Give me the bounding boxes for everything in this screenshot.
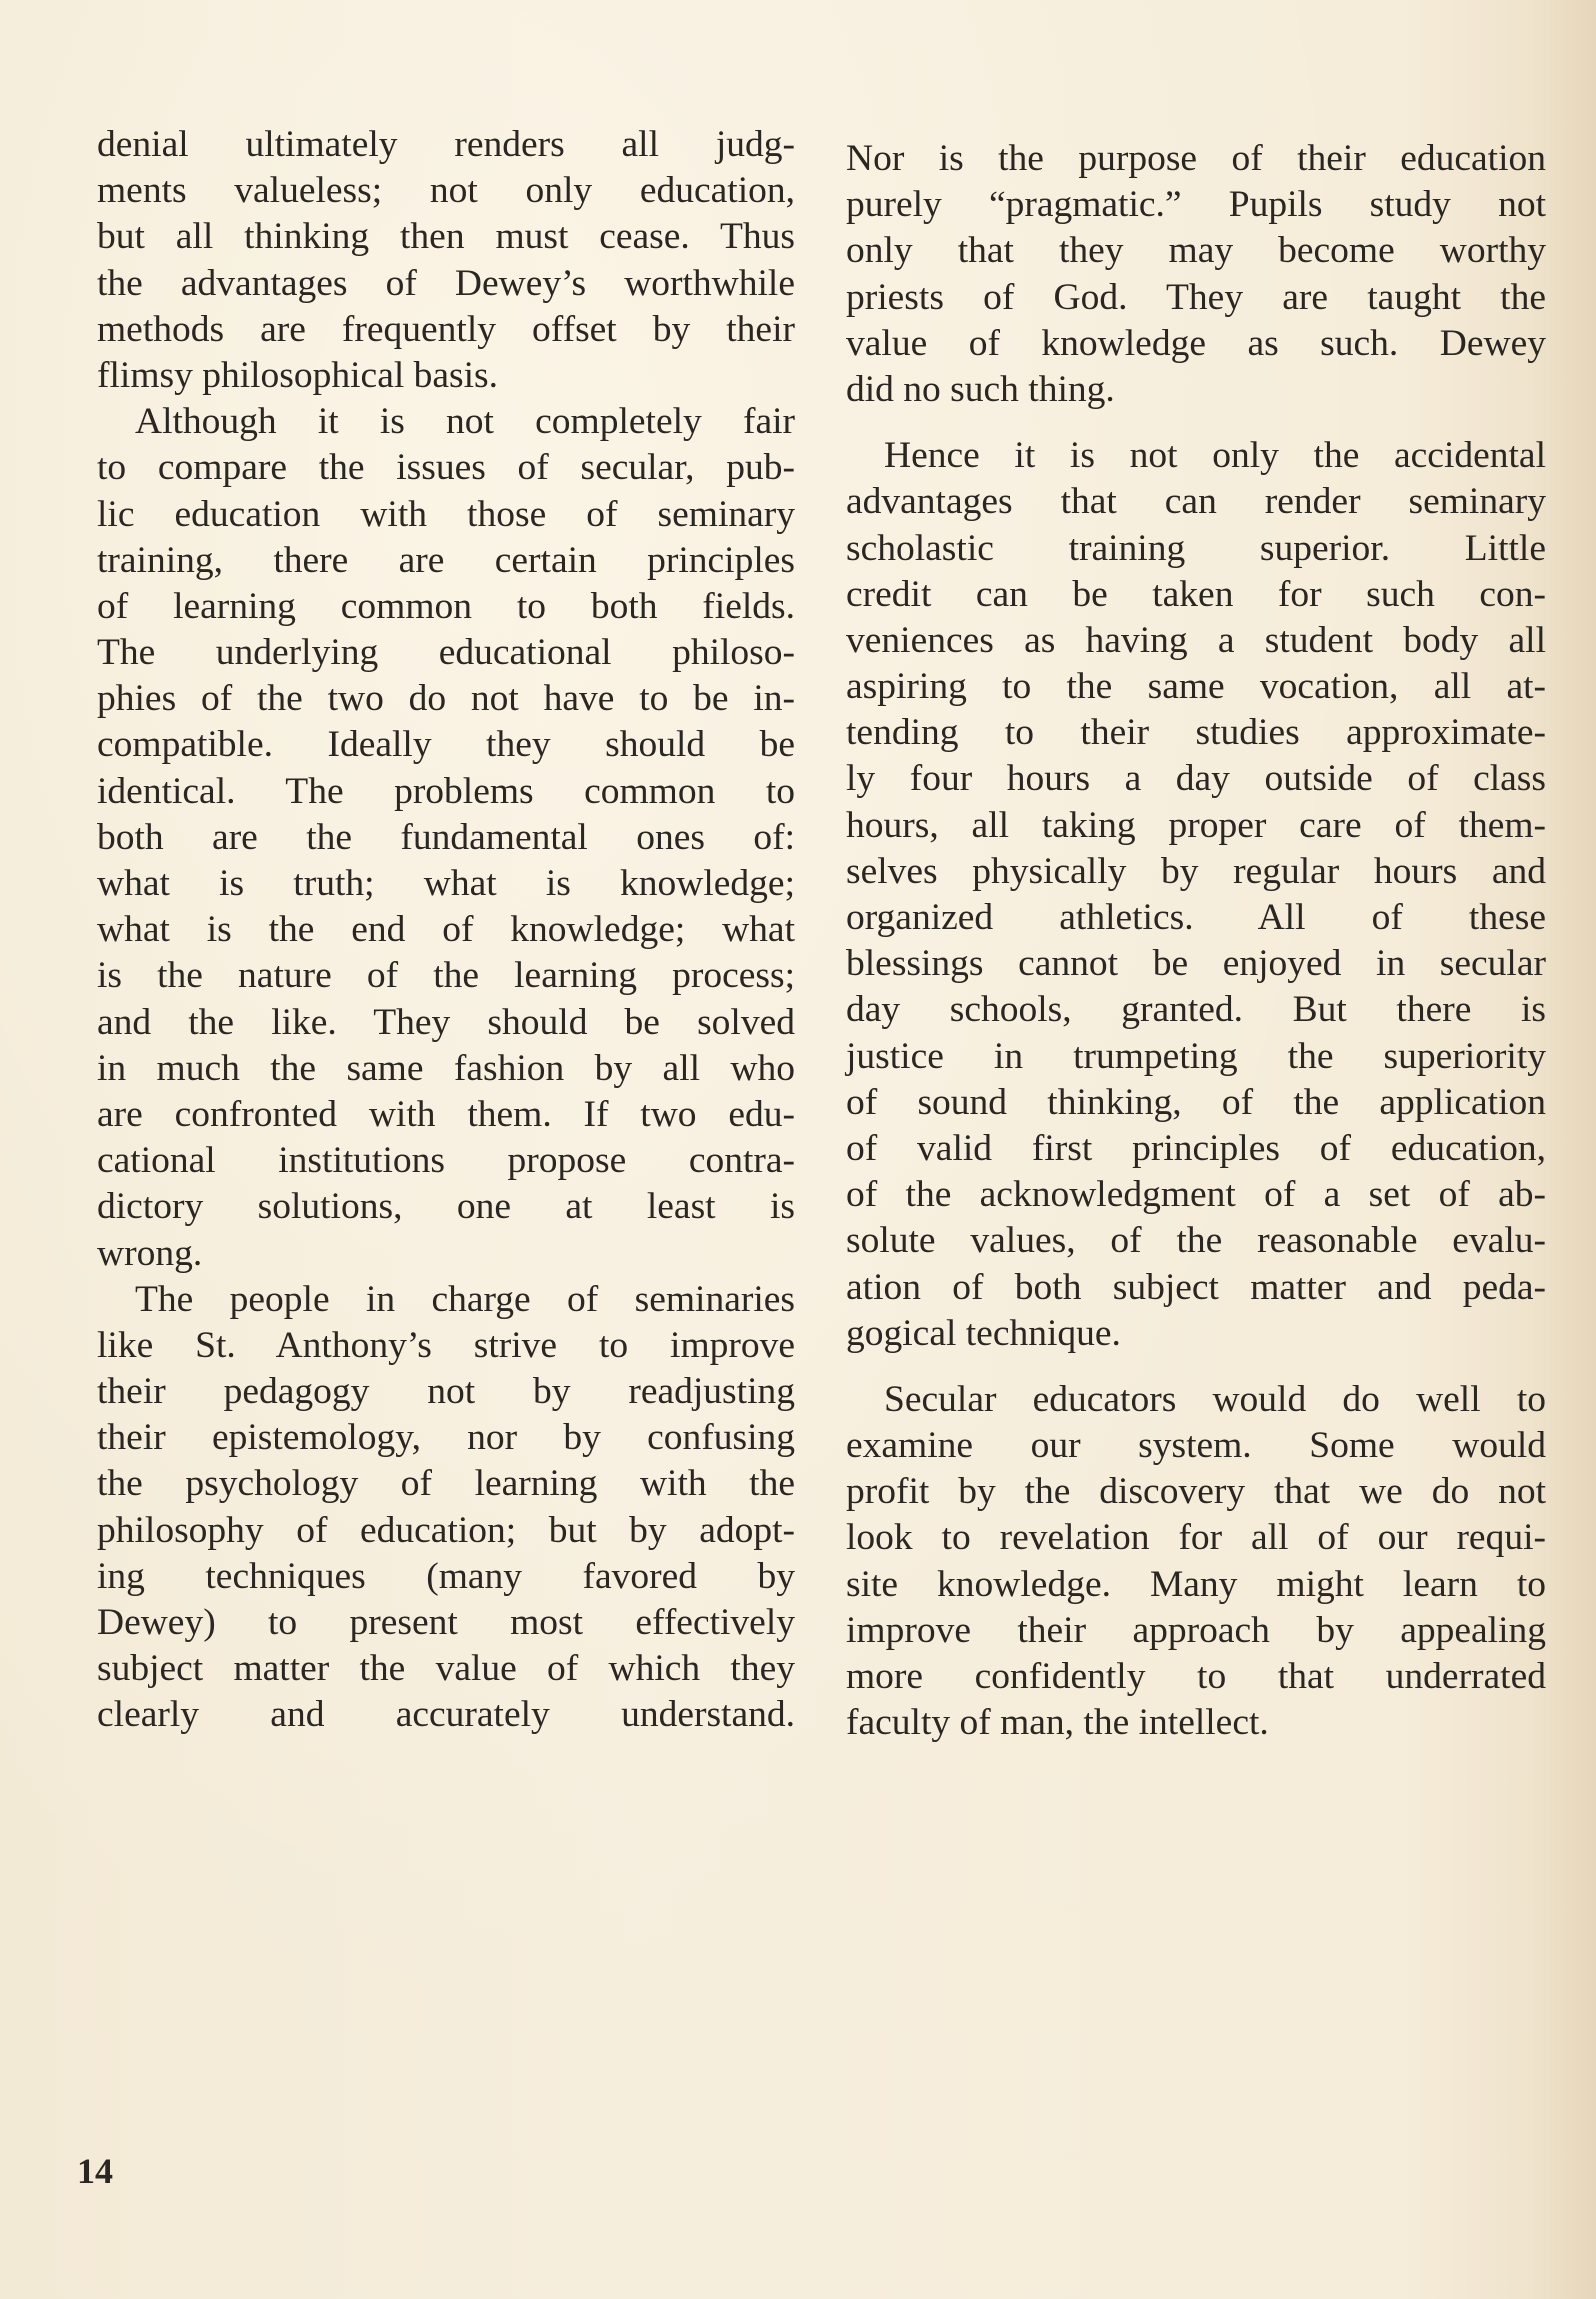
- text-line: the advantages of Dewey’s worthwhile: [97, 261, 795, 307]
- text-line: ation of both subject matter and peda-: [846, 1265, 1546, 1311]
- text-line: value of knowledge as such. Dewey: [846, 321, 1546, 367]
- text-line: Secular educators would do well to: [846, 1377, 1546, 1423]
- text-line: gogical technique.: [846, 1311, 1546, 1357]
- text-line: blessings cannot be enjoyed in secular: [846, 941, 1546, 987]
- text-line: are confronted with them. If two edu-: [97, 1092, 795, 1138]
- paragraph-spacer: [846, 413, 1546, 433]
- text-line: did no such thing.: [846, 367, 1546, 413]
- text-line: dictory solutions, one at least is: [97, 1184, 795, 1230]
- text-line: in much the same fashion by all who: [97, 1046, 795, 1092]
- text-line: profit by the discovery that we do not: [846, 1469, 1546, 1515]
- text-line: advantages that can render seminary: [846, 479, 1546, 525]
- text-line: look to revelation for all of our requi-: [846, 1515, 1546, 1561]
- text-line: tending to their studies approximate-: [846, 710, 1546, 756]
- text-line: what is truth; what is knowledge;: [97, 861, 795, 907]
- text-line: wrong.: [97, 1231, 795, 1277]
- text-line: compatible. Ideally they should be: [97, 722, 795, 768]
- paragraph-seminary-pedagogy: The people in charge of seminaries like …: [97, 1277, 795, 1739]
- text-line: justice in trumpeting the superiority: [846, 1034, 1546, 1080]
- text-line: examine our system. Some would: [846, 1423, 1546, 1469]
- book-page: denial ultimately renders all judg- ment…: [0, 0, 1596, 2299]
- text-line: clearly and accurately understand.: [97, 1692, 795, 1738]
- text-line: hours, all taking proper care of them-: [846, 803, 1546, 849]
- paragraph-accidental-advantages: Hence it is not only the accidental adva…: [846, 433, 1546, 1357]
- text-line: denial ultimately renders all judg-: [97, 122, 795, 168]
- text-line: veniences as having a student body all: [846, 618, 1546, 664]
- text-line: Dewey) to present most effectively: [97, 1600, 795, 1646]
- text-line: training, there are certain principles: [97, 538, 795, 584]
- text-line: to compare the issues of secular, pub-: [97, 445, 795, 491]
- text-line: day schools, granted. But there is: [846, 987, 1546, 1033]
- text-line: their epistemology, nor by confusing: [97, 1415, 795, 1461]
- text-line: more confidently to that underrated: [846, 1654, 1546, 1700]
- text-line: aspiring to the same vocation, all at-: [846, 664, 1546, 710]
- page-number: 14: [77, 2150, 113, 2192]
- text-line: scholastic training superior. Little: [846, 526, 1546, 572]
- text-line: subject matter the value of which they: [97, 1646, 795, 1692]
- paragraph-secular-educators: Secular educators would do well to exami…: [846, 1377, 1546, 1747]
- text-line: ing techniques (many favored by: [97, 1554, 795, 1600]
- text-line: like St. Anthony’s strive to improve: [97, 1323, 795, 1369]
- text-line: philosophy of education; but by adopt-: [97, 1508, 795, 1554]
- text-line: organized athletics. All of these: [846, 895, 1546, 941]
- text-line: Hence it is not only the accidental: [846, 433, 1546, 479]
- text-line: of sound thinking, of the application: [846, 1080, 1546, 1126]
- paragraph-dewey-critique: denial ultimately renders all judg- ment…: [97, 122, 795, 399]
- right-column: Nor is the purpose of their education pu…: [846, 136, 1546, 1746]
- text-line: ments valueless; not only education,: [97, 168, 795, 214]
- text-line: The people in charge of seminaries: [97, 1277, 795, 1323]
- text-line: flimsy philosophical basis.: [97, 353, 795, 399]
- paragraph-secular-vs-seminary: Although it is not completely fair to co…: [97, 399, 795, 1277]
- text-line: lic education with those of seminary: [97, 492, 795, 538]
- text-line: is the nature of the learning process;: [97, 953, 795, 999]
- text-line: of learning common to both fields.: [97, 584, 795, 630]
- text-line: phies of the two do not have to be in-: [97, 676, 795, 722]
- text-line: improve their approach by appealing: [846, 1608, 1546, 1654]
- text-line: selves physically by regular hours and: [846, 849, 1546, 895]
- text-line: ly four hours a day outside of class: [846, 756, 1546, 802]
- text-line: cational institutions propose contra-: [97, 1138, 795, 1184]
- text-line: their pedagogy not by readjusting: [97, 1369, 795, 1415]
- paragraph-spacer: [846, 1357, 1546, 1377]
- text-line: of valid first principles of education,: [846, 1126, 1546, 1172]
- text-line: priests of God. They are taught the: [846, 275, 1546, 321]
- text-line: the psychology of learning with the: [97, 1461, 795, 1507]
- text-line: The underlying educational philoso-: [97, 630, 795, 676]
- text-line: of the acknowledgment of a set of ab-: [846, 1172, 1546, 1218]
- text-line: site knowledge. Many might learn to: [846, 1562, 1546, 1608]
- text-line: Although it is not completely fair: [97, 399, 795, 445]
- text-line: and the like. They should be solved: [97, 1000, 795, 1046]
- left-column: denial ultimately renders all judg- ment…: [97, 122, 795, 1739]
- text-line: both are the fundamental ones of:: [97, 815, 795, 861]
- text-line: what is the end of knowledge; what: [97, 907, 795, 953]
- text-line: Nor is the purpose of their education: [846, 136, 1546, 182]
- text-line: credit can be taken for such con-: [846, 572, 1546, 618]
- text-line: purely “pragmatic.” Pupils study not: [846, 182, 1546, 228]
- text-line: but all thinking then must cease. Thus: [97, 214, 795, 260]
- text-line: only that they may become worthy: [846, 228, 1546, 274]
- paragraph-not-pragmatic: Nor is the purpose of their education pu…: [846, 136, 1546, 413]
- text-line: identical. The problems common to: [97, 769, 795, 815]
- text-line: methods are frequently offset by their: [97, 307, 795, 353]
- text-line: faculty of man, the intellect.: [846, 1700, 1546, 1746]
- text-line: solute values, of the reasonable evalu-: [846, 1218, 1546, 1264]
